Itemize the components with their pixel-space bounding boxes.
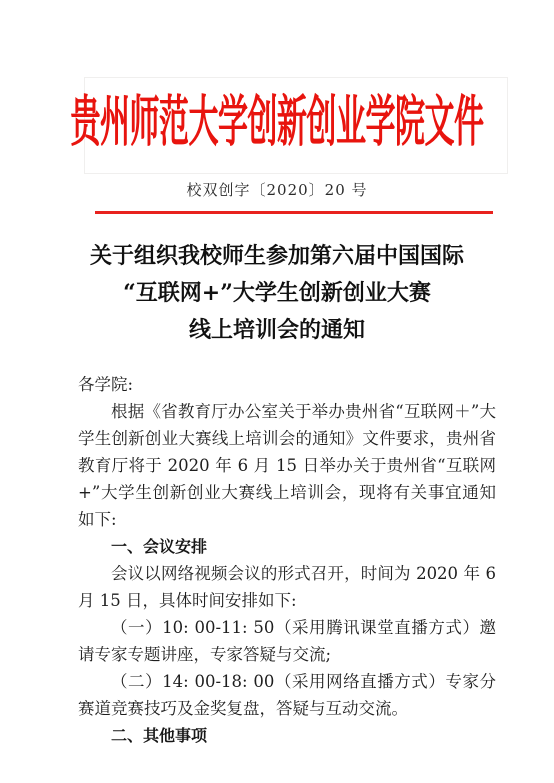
paragraph-basis: 根据《省教育厅办公室关于举办贵州省“互联网＋”大学生创新创业大赛线上培训会的通知… bbox=[78, 398, 496, 533]
notice-title-line-1: 关于组织我校师生参加第六届中国国际 bbox=[0, 238, 554, 275]
paragraph-meeting-format: 会议以网络视频会议的形式召开，时间为 2020 年 6 月 15 日，具体时间安… bbox=[78, 560, 496, 614]
masthead-org-title: 贵州师范大学创新创业学院文件 bbox=[71, 97, 484, 152]
red-separator-line bbox=[95, 211, 493, 214]
notice-title-line-3: 线上培训会的通知 bbox=[0, 312, 554, 349]
paragraph-schedule-item-2: （二）14: 00-18: 00（采用网络直播方式）专家分赛道竞赛技巧及金奖复盘… bbox=[78, 668, 496, 722]
notice-body: 各学院: 根据《省教育厅办公室关于举办贵州省“互联网＋”大学生创新创业大赛线上培… bbox=[78, 371, 496, 749]
masthead: 贵州师范大学创新创业学院文件 bbox=[0, 94, 554, 154]
doc-number: 校双创字〔2020〕20 号 bbox=[0, 179, 554, 200]
notice-title-line-2: “互联网+”大学生创新创业大赛 bbox=[0, 275, 554, 312]
section-heading-meeting-arrangement: 一、会议安排 bbox=[78, 533, 496, 560]
salutation: 各学院: bbox=[78, 371, 496, 398]
notice-title: 关于组织我校师生参加第六届中国国际 “互联网+”大学生创新创业大赛 线上培训会的… bbox=[0, 238, 554, 349]
paragraph-schedule-item-1: （一）10: 00-11: 50（采用腾讯课堂直播方式）邀请专家专题讲座，专家答… bbox=[78, 614, 496, 668]
section-heading-other-matters: 二、其他事项 bbox=[78, 722, 496, 749]
document-page: 贵州师范大学创新创业学院文件 校双创字〔2020〕20 号 关于组织我校师生参加… bbox=[0, 0, 554, 783]
